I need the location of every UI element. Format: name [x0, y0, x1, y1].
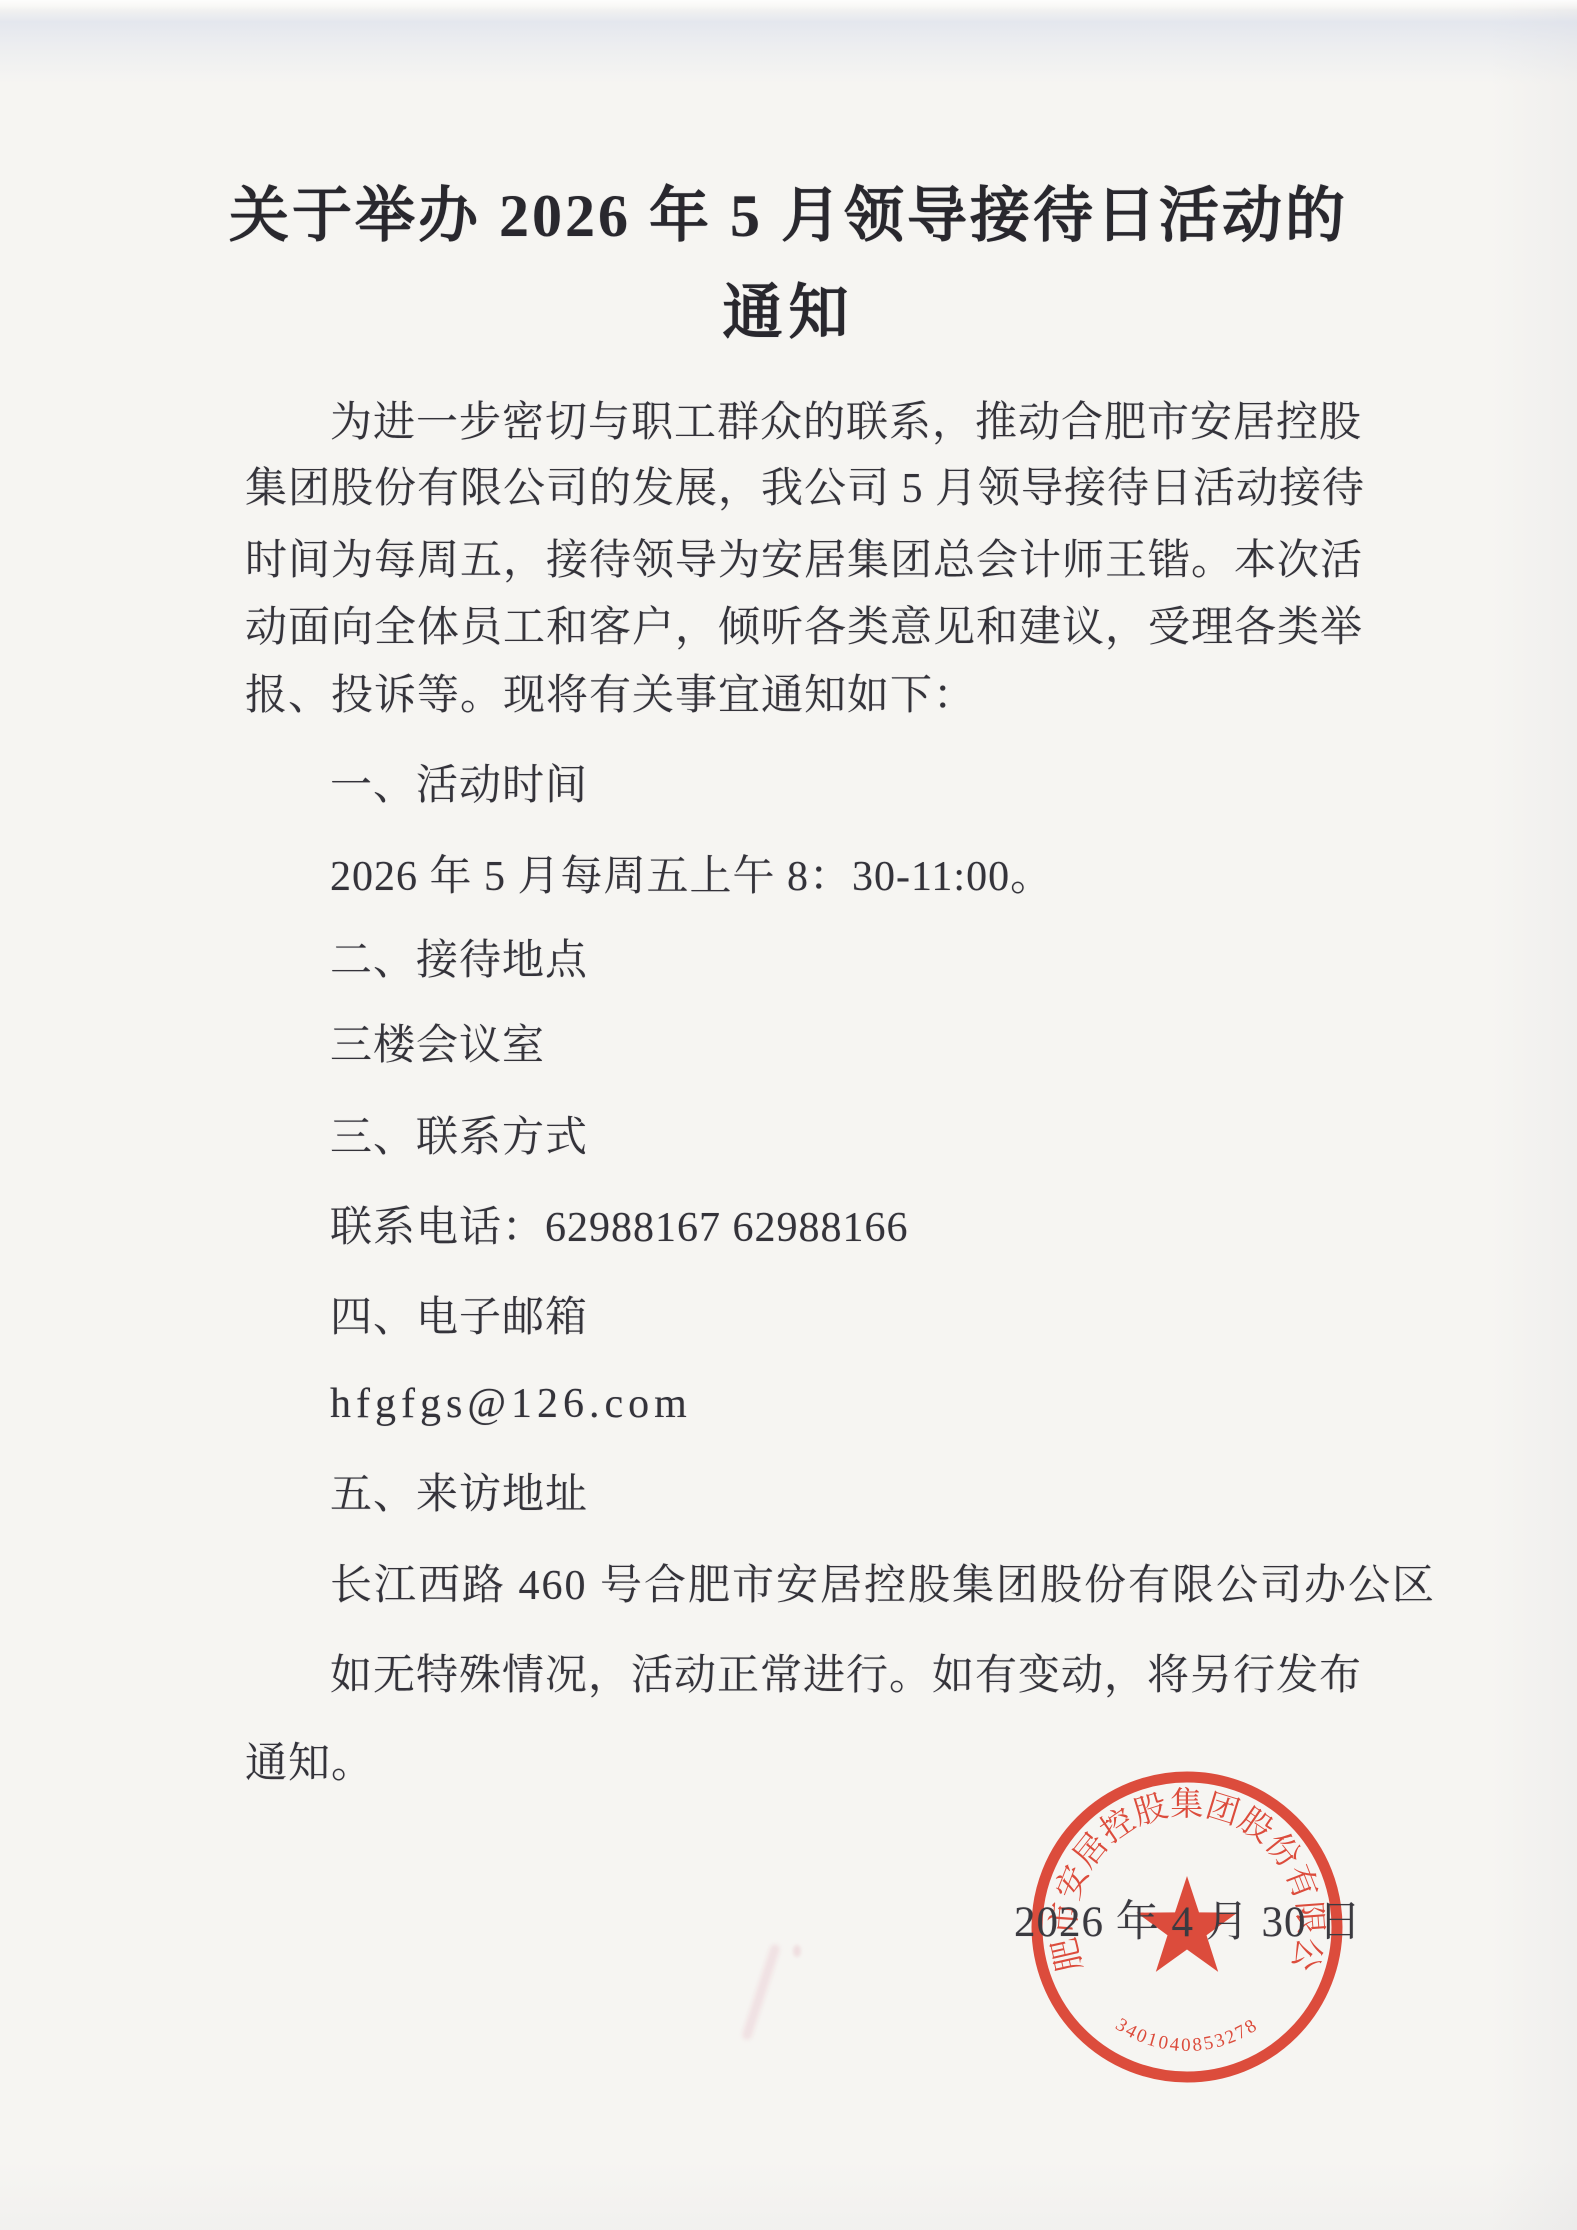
seal-serial-number: 3401040853278 [1112, 2014, 1263, 2056]
section-heading-email: 四、电子邮箱 [330, 1296, 588, 1341]
body-line: 集团股份有限公司的发展，我公司 5 月领导接待日活动接待 [245, 467, 1365, 512]
section-heading-contact: 三、联系方式 [330, 1116, 588, 1161]
scan-smudge [741, 1943, 781, 2041]
body-line: 动面向全体员工和客户，倾听各类意见和建议，受理各类举 [245, 606, 1363, 651]
email-value: hfgfgs@126.com [330, 1382, 692, 1427]
section-heading-activity-time: 一、活动时间 [330, 764, 588, 809]
section-heading-visit-address: 五、来访地址 [330, 1473, 588, 1518]
document-page: 关于举办 2026 年 5 月领导接待日活动的 通知 为进一步密切与职工群众的联… [0, 0, 1577, 2230]
activity-time-value: 2026 年 5 月每周五上午 8：30-11:00。 [330, 855, 1053, 900]
section-heading-reception-place: 二、接待地点 [330, 939, 588, 984]
body-line: 报、投诉等。现将有关事宜通知如下： [245, 674, 976, 719]
body-line: 通知。 [245, 1742, 374, 1787]
body-line: 如无特殊情况，活动正常进行。如有变动，将另行发布 [330, 1654, 1362, 1699]
svg-text:3401040853278: 3401040853278 [1112, 2014, 1263, 2056]
body-line: 为进一步密切与职工群众的联系，推动合肥市安居控股 [330, 401, 1362, 446]
visit-address-value: 长江西路 460 号合肥市安居控股集团股份有限公司办公区 [330, 1564, 1436, 1609]
scan-smudge [793, 1945, 801, 1957]
notice-title-line2: 通知 [0, 283, 1577, 343]
notice-title-line1: 关于举办 2026 年 5 月领导接待日活动的 [0, 186, 1577, 246]
reception-place-value: 三楼会议室 [330, 1024, 545, 1069]
body-line: 时间为每周五，接待领导为安居集团总会计师王锴。本次活 [245, 539, 1363, 584]
contact-phone-value: 联系电话：62988167 62988166 [330, 1206, 909, 1251]
issue-date: 2026 年 4 月 30 日 [1014, 1901, 1362, 1944]
